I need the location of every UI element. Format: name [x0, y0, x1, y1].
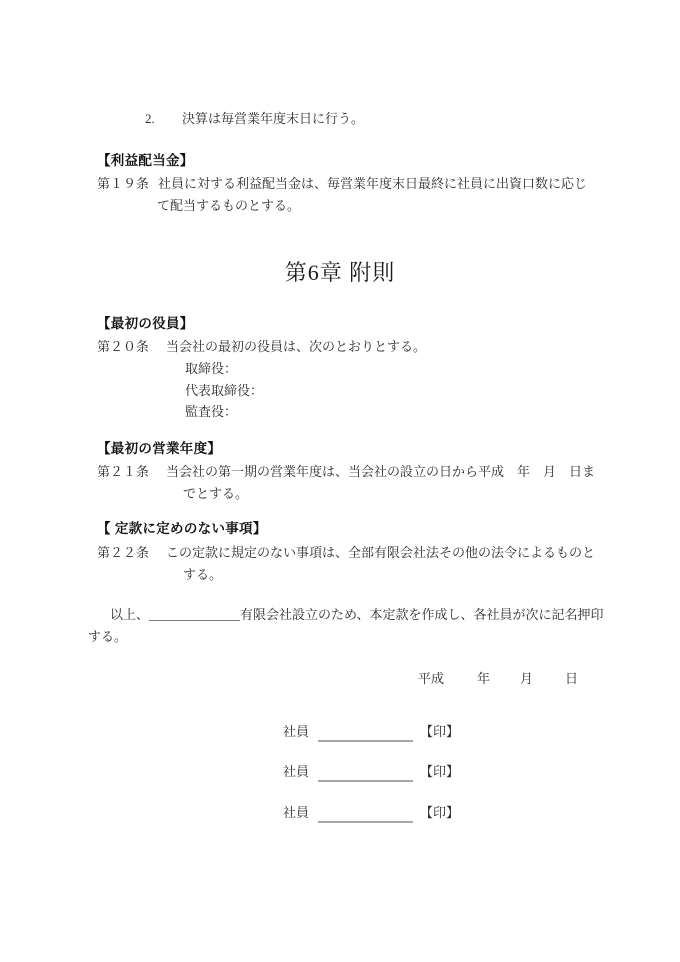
list-item-number: 2.	[145, 109, 155, 129]
signature-blank-line	[318, 740, 413, 742]
article-19-line-1: 社員に対する利益配当金は、毎営業年度末日最終に社員に出資口数に応じ	[158, 174, 587, 194]
signature-blank-line	[318, 780, 413, 782]
article-20-number: 第２０条	[97, 337, 149, 357]
article-22-number: 第２２条	[97, 543, 149, 563]
member-label: 社員	[283, 722, 309, 742]
closing-paragraph-line-1: 以上、______________有限会社設立のため、本定款を作成し、各社員が次…	[110, 605, 604, 625]
officer-role-representative-director: 代表取締役：	[185, 381, 263, 401]
closing-paragraph-line-2: する。	[88, 627, 127, 647]
chapter-title: 第6章 附則	[0, 258, 680, 288]
seal-mark: 【印】	[420, 762, 459, 782]
officer-role-director: 取締役：	[185, 359, 237, 379]
section-heading-first-officers: 【最初の役員】	[97, 314, 194, 334]
section-heading-first-fiscal-year: 【最初の営業年度】	[97, 439, 221, 459]
officer-role-auditor: 監査役：	[185, 402, 237, 422]
article-21-line-2: でとする。	[183, 484, 248, 504]
closing-text-before-blank: 以上、	[110, 607, 149, 622]
signature-blank-line	[318, 821, 413, 823]
article-20-text: 当会社の最初の役員は、次のとおりとする。	[166, 337, 426, 357]
article-21-line-1: 当会社の第一期の営業年度は、当会社の設立の日から平成 年 月 日ま	[166, 462, 595, 482]
document-page: 2. 決算は毎営業年度末日に行う。 【利益配当金】 第１９条 社員に対する利益配…	[0, 0, 680, 962]
seal-mark: 【印】	[420, 803, 459, 823]
article-21-number: 第２１条	[97, 462, 149, 482]
company-name-blank: ______________	[149, 607, 240, 622]
seal-mark: 【印】	[420, 722, 459, 742]
section-heading-matters-not-stipulated: 【 定款に定めのない事項】	[97, 519, 267, 539]
article-22-line-2: する。	[183, 565, 222, 585]
list-item-text: 決算は毎営業年度末日に行う。	[182, 109, 364, 129]
member-label: 社員	[283, 803, 309, 823]
article-19-number: 第１９条	[97, 174, 149, 194]
section-heading-profit-dividend: 【利益配当金】	[97, 151, 194, 171]
article-22-line-1: この定款に規定のない事項は、全部有限会社法その他の法令によるものと	[166, 543, 595, 563]
article-19-line-2: て配当するものとする。	[157, 196, 300, 216]
closing-text-after-blank: 有限会社設立のため、本定款を作成し、各社員が次に記名押印	[240, 607, 603, 622]
date-month-label: 月	[520, 669, 533, 689]
date-year-label: 年	[477, 669, 490, 689]
member-label: 社員	[283, 762, 309, 782]
date-era-label: 平成	[418, 669, 444, 689]
date-day-label: 日	[565, 669, 578, 689]
